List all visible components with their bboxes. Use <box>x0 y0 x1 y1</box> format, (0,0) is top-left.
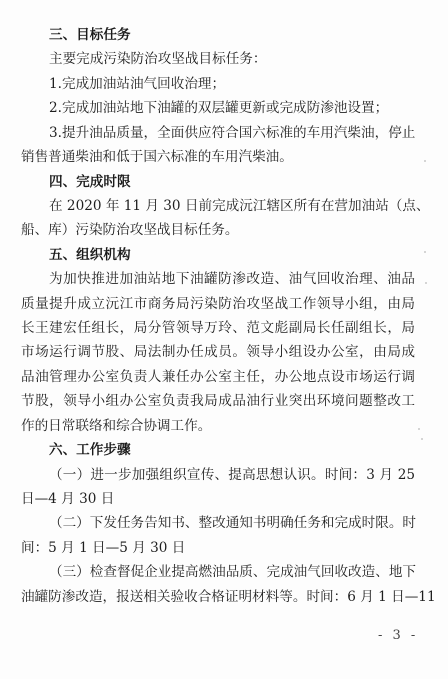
section-heading-organization: 五、组织机构 <box>21 243 415 267</box>
body-line: 长王建宏任组长，局分管领导万玲、范文彪副局长任副组长，局 <box>21 316 415 340</box>
step-1-time: 日—4 月 30 日 <box>21 487 415 511</box>
step-1: （一）进一步加强组织宣传、提高思想认识。时间：3 月 25 <box>21 463 415 487</box>
scan-speck <box>421 438 423 440</box>
section-heading-deadline: 四、完成时限 <box>21 170 415 194</box>
body-line: 质量提升成立沅江市商务局污染防治攻坚战工作领导小组，由局 <box>21 292 415 316</box>
page-number: - 3 - <box>378 627 418 645</box>
step-3: （三）检查督促企业提高燃油品质、完成油气回收改造、地下 <box>21 560 415 584</box>
list-item-3: 3.提升油品质量，全面供应符合国六标准的车用汽柴油，停止 <box>21 121 415 145</box>
body-line: 为加快推进加油站地下油罐防渗改造、油气回收治理、油品 <box>21 267 415 291</box>
step-2-time: 间：5 月 1 日—5 月 30 日 <box>21 536 415 560</box>
list-item-2: 2.完成加油站地下油罐的双层罐更新或完成防渗池设置； <box>21 96 415 120</box>
step-2: （二）下发任务告知书、整改通知书明确任务和完成时限。时 <box>21 511 415 535</box>
body-line: 船、库）污染防治攻坚战目标任务。 <box>21 218 415 242</box>
body-line: 节股，领导小组办公室负责我局成品油行业突出环境问题整改工 <box>21 389 415 413</box>
scan-speck <box>424 251 426 253</box>
document-page: 三、目标任务 主要完成污染防治攻坚战目标任务： 1.完成加油站油气回收治理； 2… <box>21 23 415 609</box>
scan-speck <box>424 160 426 162</box>
body-line: 品油管理办公室负责人兼任办公室主任，办公地点设市场运行调 <box>21 365 415 389</box>
body-line: 主要完成污染防治攻坚战目标任务： <box>21 47 415 71</box>
section-heading-work-steps: 六、工作步骤 <box>21 438 415 462</box>
body-line: 作的日常联络和综合协调工作。 <box>21 414 415 438</box>
list-item-3-cont: 销售普通柴油和低于国六标准的车用汽柴油。 <box>21 145 415 169</box>
scan-speck <box>425 282 427 284</box>
section-heading-targets: 三、目标任务 <box>21 23 415 47</box>
body-line: 市场运行调节股、局法制办任成员。领导小组设办公室，由局成 <box>21 340 415 364</box>
step-3-cont: 油罐防渗改造，报送相关验收合格证明材料等。时间：6 月 1 日—11 <box>21 585 415 609</box>
scan-speck <box>418 428 420 430</box>
list-item-1: 1.完成加油站油气回收治理； <box>21 72 415 96</box>
body-line: 在 2020 年 11 月 30 日前完成沅江辖区所有在营加油站（点、 <box>21 194 415 218</box>
